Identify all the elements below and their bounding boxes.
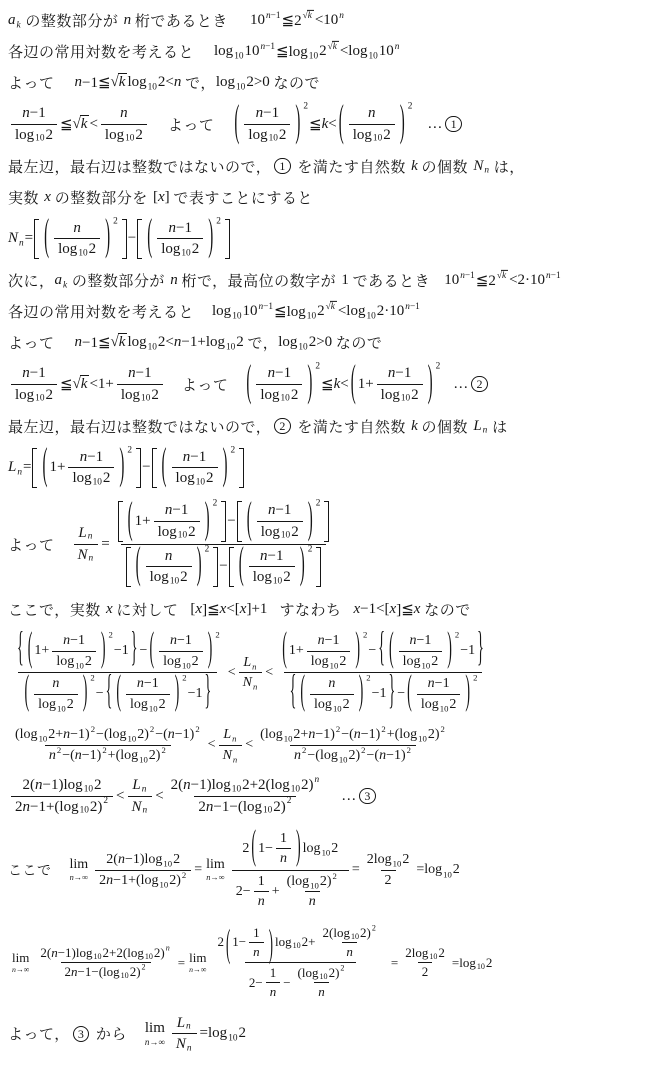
text-run: 2 (192, 653, 199, 671)
text-run: = (178, 955, 185, 971)
denominator: n (266, 982, 281, 1001)
math-text: 2 (231, 445, 236, 455)
math-var: x (390, 601, 397, 618)
math-var: n (318, 984, 325, 1000)
line-floor-notation: 実数 x の整数部分を [x] で表すことにすると (8, 187, 664, 208)
floor-bracket-group: (n−1log102)2 (137, 218, 230, 261)
math-row: log102 (399, 726, 435, 744)
math-text: 10 (366, 311, 375, 321)
math-text: − (96, 726, 104, 744)
math-text: 10 (35, 394, 44, 406)
math-text: ) (367, 925, 371, 941)
math-row: log102 (15, 386, 53, 405)
superscript: 2 (340, 964, 344, 974)
close-bracket: ) (358, 673, 365, 715)
spacer (55, 544, 71, 545)
text-run: −1 (188, 685, 203, 703)
math-text: 1+ (135, 512, 151, 531)
text-run: ≦k< (321, 375, 349, 394)
math-var: x (220, 601, 227, 618)
text-run: よって， (8, 1023, 70, 1044)
math-text: log (253, 568, 272, 587)
text-run: log (248, 126, 267, 145)
right-square-bracket (213, 547, 218, 588)
math-row: (n−1log102)2 (237, 546, 314, 589)
text-run: 1+ (135, 512, 151, 531)
text-run: … (341, 788, 356, 805)
math-text: 2 (317, 303, 325, 320)
square-root: √k (73, 115, 90, 133)
math-row: n−1log102≦√k<1+n−1log102よって(n−1log102)2≦… (8, 363, 491, 406)
subscript: 10 (320, 972, 328, 982)
math-text: log (459, 955, 476, 971)
math-row: log102 (212, 776, 250, 795)
math-text: ) (97, 798, 102, 817)
numerator: 1 (276, 829, 291, 849)
spacer (55, 82, 75, 83)
math-text: … (453, 376, 468, 393)
math-text: 10 (78, 248, 87, 260)
superscript: 2 (363, 630, 367, 641)
text-run: 10 (181, 248, 190, 260)
text-run: log (291, 873, 309, 891)
superscript: 2 (57, 745, 61, 756)
subscript: 10 (373, 134, 382, 146)
text-run: ) (156, 747, 161, 765)
math-var: a (55, 272, 63, 289)
paren-group: (nlog102) (299, 674, 364, 714)
text-run: log (271, 776, 290, 795)
denominator: (nlog102)2−{(n−1log102)2−1} (18, 672, 217, 715)
bracket-body: (nlog102)2 (41, 218, 120, 261)
math-row: n2−(log102)2−(n−1)2 (294, 747, 412, 765)
limit: limn→∞ (70, 858, 89, 882)
denominator: log102 (126, 694, 170, 715)
math-var: L (243, 654, 251, 672)
superscript: 2 (161, 745, 165, 756)
group-body: n−1log102 (155, 631, 207, 671)
denominator: log102 (377, 384, 423, 406)
math-row: {(1+n−1log102)2−1}−(n−1log102)2 (15, 631, 221, 671)
text-run: log (176, 469, 195, 488)
subscript: n (233, 754, 237, 765)
text-run: log (212, 303, 231, 320)
math-row: Ln (78, 524, 93, 543)
text-run: n (270, 984, 277, 1000)
math-text: 10 (226, 342, 235, 352)
math-text: 2 (246, 74, 254, 91)
close-bracket: ) (399, 102, 406, 146)
subscript: 10 (366, 311, 375, 321)
text-run: log (261, 523, 280, 542)
text-run: 10 (298, 342, 307, 352)
fraction: n−1log102 (157, 218, 203, 261)
open-bracket: ( (135, 545, 142, 589)
denominator: log102 (52, 651, 96, 672)
math-text: log (212, 776, 231, 795)
math-text: 2 (385, 872, 392, 890)
math-text: 10 (170, 576, 179, 588)
math-text: 10 (273, 576, 282, 588)
spacer (267, 609, 279, 610)
text-run: 10 (339, 754, 348, 765)
math-row: log102 (72, 469, 110, 488)
spacer (52, 870, 66, 871)
fraction: n−1log102 (172, 447, 218, 490)
math-text: 2− (236, 883, 251, 901)
denominator: Nn (172, 1033, 197, 1055)
numerator: 2log102 (363, 850, 414, 870)
text-run: n−1 (168, 219, 191, 238)
text-run: log (158, 523, 177, 542)
numerator: n−1 (405, 631, 435, 651)
lim-under: n→∞ (145, 1038, 165, 1047)
math-row: (log102)2 (136, 872, 187, 890)
math-text: log (141, 872, 159, 890)
math-row: 2(n−1)log102+2(log102)n (171, 776, 321, 795)
math-row: よってn−1≦√klog102<n−1+log102 で，log102>0 なの… (8, 332, 382, 353)
line-common-log-1: 各辺の常用対数を考えるとlog1010n−1≦log102√k<log1010n (8, 41, 664, 62)
text-run: n−1 (137, 675, 159, 693)
math-text: < (265, 665, 273, 681)
denominator: log102 (117, 384, 163, 406)
math-text: 2 (438, 945, 445, 961)
subscript: n (187, 1043, 192, 1055)
text-run: n−1 (63, 632, 85, 650)
math-text: −1) (315, 726, 335, 744)
math-var: L (473, 418, 481, 435)
text-run: log (353, 126, 372, 145)
math-text: 10 (232, 311, 241, 321)
math-text: 2 (441, 725, 445, 736)
math-var: n (128, 364, 136, 383)
paren-group: (1−1n) (250, 829, 301, 869)
close-bracket: ) (295, 828, 302, 870)
jp-text: ここで，実数 (8, 599, 106, 620)
math-row: n−1log102≦√k<nlog102よって(n−1log102)2≦k<(n… (8, 103, 465, 146)
math-var: k (308, 11, 312, 22)
subscript: 10 (418, 734, 427, 745)
text-run: 2 (169, 872, 176, 890)
open-bracket: { (289, 673, 298, 715)
subscript: 10 (401, 394, 410, 406)
line-yotte-2: よってn−1≦√klog102<n−1+log102 で，log102>0 なの… (8, 332, 664, 353)
jp-text: の整数部分が (25, 10, 123, 31)
text-run: ≦ (60, 115, 73, 134)
math-row: {(nlog102)2−1}−(n−1log102)2 (288, 674, 479, 714)
math-var: n (187, 1043, 192, 1055)
text-run: n−1 (318, 632, 340, 650)
math-text: 2 (381, 725, 385, 736)
superscript: 2 (336, 725, 340, 736)
open-bracket: ( (43, 217, 50, 261)
math-text: 2 (279, 126, 287, 145)
text-run: 10 (366, 311, 375, 321)
text-run: 2 (293, 726, 300, 744)
math-text: 2 (103, 469, 111, 488)
paren-group: (n−1log102) (245, 363, 313, 406)
math-text: log (353, 126, 372, 145)
math-text: < (165, 334, 173, 351)
superscript: 2 (213, 499, 218, 511)
subscript: n (142, 784, 147, 796)
denominator: log102 (159, 651, 203, 672)
text-run: log (374, 851, 392, 869)
math-text: 10 (444, 272, 459, 289)
math-var: N (176, 1035, 186, 1054)
open-bracket: { (105, 673, 114, 715)
text-run: n→∞ (12, 966, 29, 974)
denominator: log102 (244, 124, 290, 146)
math-var: k (502, 271, 506, 282)
math-text: < (165, 74, 173, 91)
math-text: = (452, 955, 459, 971)
math-text: 10 (196, 477, 205, 489)
open-bracket: ( (225, 923, 231, 962)
numerator: 1 (249, 924, 264, 942)
math-text: log (278, 334, 297, 351)
math-var: n (186, 1022, 191, 1034)
text-run: 実数 x の整数部分を [x] で表すことにすると (8, 187, 313, 208)
text-run: log (59, 798, 78, 817)
text-run: 10 (281, 531, 290, 543)
denominator: log102 (34, 694, 78, 715)
text-run: 2 (320, 873, 327, 891)
math-text: ≦2 (282, 11, 302, 30)
numerator: 2log102 (401, 944, 449, 962)
open-bracket: ( (238, 545, 245, 589)
text-run: 10 (139, 754, 148, 765)
circled-number: 1 (274, 158, 290, 174)
text-run: 2− (236, 883, 251, 901)
math-text: −1≦ (82, 333, 111, 352)
text-run: n (19, 238, 24, 248)
text-run: 10 (443, 869, 452, 879)
math-row: log102 (105, 126, 143, 145)
subscript: 10 (273, 576, 282, 588)
math-text: log (127, 334, 146, 351)
math-row: (1+n−1log102)2−1 (26, 631, 129, 671)
math-var: n (409, 632, 416, 650)
text-run: 2 (343, 696, 350, 714)
text-run: 10 (39, 734, 48, 745)
close-bracket: } (204, 673, 213, 715)
denominator: 2n−1+(log102)2 (95, 870, 191, 891)
math-text: −1− (78, 964, 99, 980)
text-run: から (92, 1023, 127, 1044)
text-run: log (275, 934, 292, 950)
subscript: 10 (234, 51, 243, 61)
fraction: 2(log102)2n (318, 924, 380, 962)
text-run: 2 (301, 776, 309, 795)
line-Ln-formula: Ln=(1+n−1log102)2−(n−1log102)2 (8, 447, 664, 490)
subscript: 10 (284, 734, 293, 745)
left-square-bracket (126, 547, 131, 588)
text-run: n−1 (22, 364, 45, 383)
math-text: 10 (309, 51, 318, 61)
math-text: 2 (135, 126, 143, 145)
text-run: 2 (151, 386, 159, 405)
text-run: n (49, 747, 56, 765)
text-run: 2 (173, 851, 180, 869)
jp-text: を満たす自然数 (297, 156, 411, 177)
math-text: ≦2 (476, 271, 496, 290)
math-row: 2(n−1)log1022n−1+(log102)2<LnNn<2(n−1)lo… (8, 775, 379, 818)
paren-group: (nlog102) (23, 674, 88, 714)
text-run: = (391, 955, 398, 971)
text-run: ≦ (60, 375, 73, 394)
math-var: n (253, 944, 260, 960)
numerator: n−1 (264, 363, 295, 384)
fraction: nlog102 (349, 103, 395, 146)
superscript: 2 (407, 745, 411, 756)
denominator: 2−1n−(log102)2n (245, 962, 357, 1003)
text-run: 2 (455, 630, 459, 641)
math-row: (n−1log102)2 (232, 103, 309, 146)
math-text: 2 (408, 102, 413, 112)
math-text: 2 (85, 653, 92, 671)
lim-under: n→∞ (12, 966, 29, 974)
math-var: N (132, 798, 142, 817)
math-row: Ln (132, 776, 147, 795)
math-row: (n−1log102)2 (114, 674, 187, 714)
math-var: n (168, 219, 176, 238)
math-text: log (109, 726, 127, 744)
paren-group: (1+n−1log102) (127, 500, 211, 543)
math-row: log102 (127, 334, 165, 351)
numerator: n (116, 103, 132, 124)
math-text: 2 (142, 963, 146, 973)
denominator: log102 (249, 566, 295, 588)
math-text: 2 (158, 334, 166, 351)
text-run: 2(n−1) (40, 945, 76, 961)
text-run: 2 (113, 216, 118, 226)
math-text: 2 (453, 862, 460, 878)
text-run: − (96, 685, 104, 703)
math-text: −1 (395, 364, 411, 383)
text-run: 10 (236, 82, 245, 92)
math-text: 10 (322, 847, 331, 858)
group-body: n−1log102 (413, 674, 465, 714)
superscript: 2 (231, 445, 236, 455)
text-run: −(n−1) (155, 726, 194, 744)
text-run: >0 なので (254, 72, 320, 93)
denominator: 2−1n+(log102)2n (232, 870, 349, 913)
text-run: ) (144, 726, 149, 744)
text-run: 2− (249, 975, 263, 991)
text-run: の整数部分が n 桁で，最高位の数字が 1 であるとき (68, 270, 430, 291)
text-run: log (64, 776, 83, 795)
numerator: 2(1−1n)log102+2(log102)2n (213, 923, 387, 963)
close-bracket: } (388, 673, 397, 715)
text-run: 10 (273, 576, 282, 588)
math-var: x (44, 189, 54, 206)
math-text: 10 (149, 703, 158, 714)
math-row: log102 (261, 523, 299, 542)
brace-group: {(1+n−1log102)2−1} (16, 631, 139, 671)
numerator: n (69, 218, 85, 239)
text-run: − (368, 642, 376, 660)
subscript: k (17, 20, 21, 30)
fraction: 2(n−1)log1022n−1+(log102)2 (95, 850, 191, 890)
math-text: −1 (465, 270, 475, 280)
math-row: 最左辺，最右辺は整数ではないので，1 を満たす自然数 k の個数 Nn は， (8, 156, 525, 177)
text-run: = (101, 536, 109, 553)
superscript: 2 (103, 796, 108, 808)
math-var: n (19, 238, 24, 248)
text-run: N (78, 546, 88, 565)
math-text: −1 (144, 675, 159, 693)
math-var: n (75, 747, 82, 765)
superscript: 2 (372, 923, 376, 933)
math-row: (n−1log102)2 (145, 218, 222, 261)
math-text: 2 (333, 871, 337, 882)
math-text: −1− (213, 798, 237, 817)
text-run: 各辺の常用対数を考えると (8, 301, 194, 322)
math-row: log102 (206, 334, 244, 351)
spacer (413, 124, 427, 125)
math-text: −1 (410, 301, 420, 311)
text-run: ≦2 (282, 11, 302, 30)
open-bracket: ( (161, 446, 168, 490)
math-text: 10 (320, 972, 328, 982)
math-var: n (75, 74, 83, 91)
radicand: k (118, 73, 128, 91)
jp-text: よって (8, 332, 55, 353)
math-text: − (140, 642, 148, 660)
text-run: k (17, 20, 21, 30)
circled-number: 3 (73, 1026, 89, 1042)
math-text: ) (160, 945, 164, 961)
text-run: 2 (127, 445, 132, 455)
math-row: (n−1log102)2 (147, 631, 220, 671)
math-text: 2 (331, 840, 338, 858)
subscript: 10 (170, 576, 179, 588)
math-row: log102 (120, 747, 156, 765)
text-run: log (314, 696, 332, 714)
text-run: −1 (114, 642, 129, 660)
text-run: 2 (339, 653, 346, 671)
text-run: <1+ (89, 376, 113, 393)
line-digit-condition: ak の整数部分が n 桁であるとき10n−1≦2√k<10n (8, 10, 664, 31)
text-run: n−1 (170, 632, 192, 650)
denominator: Nn (128, 796, 153, 818)
text-run: 2 (48, 726, 55, 744)
bracket-body: (n−1log102)2 (144, 218, 223, 261)
text-run: n (328, 675, 335, 693)
numerator: Ln (173, 1013, 196, 1034)
open-bracket: ( (23, 673, 30, 715)
numerator: 2(n−1)log102+2(log102)n (36, 944, 174, 962)
math-var: k (119, 334, 126, 351)
text-run: <n−1+ (165, 334, 205, 351)
text-run: 2 (246, 74, 254, 91)
math-var: n (124, 12, 135, 29)
math-text: < (116, 788, 124, 805)
superscript: n (395, 41, 400, 51)
math-var: x (353, 601, 360, 618)
math-row: 1+n−1log102 (358, 363, 426, 406)
text-run: n (88, 532, 93, 544)
math-var: n (89, 554, 94, 566)
math-text: log (161, 240, 180, 259)
text-run: 10 (80, 806, 89, 818)
text-run: 10 (477, 962, 485, 971)
math-text: < (155, 788, 163, 805)
math-text: 2 (238, 1025, 246, 1042)
math-row: (n−1log102)2 (245, 500, 322, 543)
math-text: − (96, 685, 104, 703)
